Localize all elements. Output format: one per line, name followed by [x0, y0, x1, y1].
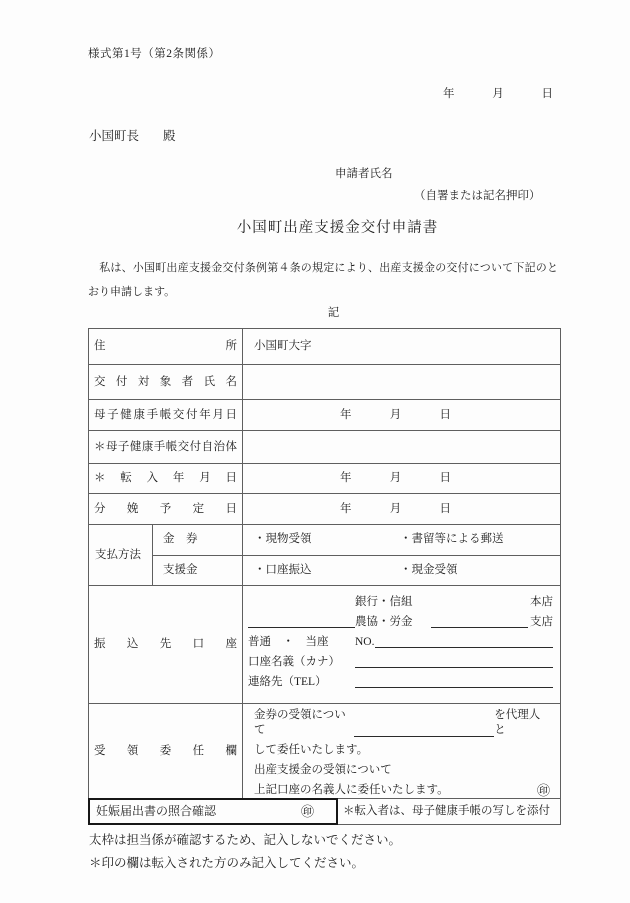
day-label: 日	[440, 471, 452, 486]
proxy-line1-post: を代理人と	[494, 708, 550, 738]
footnote-thick-frame: 太枠は担当係が確認するため、記入しないでください。	[89, 832, 401, 848]
branch-name-underline	[431, 624, 529, 628]
document-title: 小国町出産支援金交付申請書	[88, 219, 561, 238]
row-payment-method: 支払方法 金 券 ・現物受領 ・書留等による郵送 支援金 ・口座振込 ・現金受領	[89, 525, 560, 586]
addressee-line: 小国町長殿	[89, 128, 176, 144]
year-label: 年	[340, 408, 352, 423]
seal-icon: ㊞	[537, 783, 550, 798]
movein-date-value: 年 月 日	[243, 464, 560, 493]
month-label: 月	[390, 471, 402, 486]
row-handbook-date: 母子健康手帳交付年月日 年 月 日	[89, 400, 560, 431]
body-paragraph-line2: おり申請します。	[88, 285, 175, 299]
voucher-option-receive: ・現物受領	[254, 532, 400, 547]
head-office-label: 本店	[530, 595, 553, 609]
row-bank-account: 振込先口座 銀行・信組 本店 農協・労金 支店 普通 ・ 当座 NO.	[89, 586, 560, 704]
proxy-receipt-content: 金券の受領について を代理人と して委任いたします。 出産支援金の受領について …	[243, 704, 560, 798]
day-label: 日	[440, 502, 452, 517]
proxy-line3: 出産支援金の受領について	[254, 763, 392, 778]
handbook-municipality-label: ＊母子健康手帳交付自治体	[89, 440, 242, 455]
addressee-honorific: 殿	[163, 129, 176, 143]
year-label: 年	[443, 87, 455, 102]
month-label: 月	[492, 87, 504, 102]
proxy-name-underline	[354, 733, 494, 737]
payment-voucher-row: 金 券 ・現物受領 ・書留等による郵送	[153, 525, 560, 556]
body-paragraph-line1: 私は、小国町出産支援金交付条例第４条の規定により、出産支援金の交付について下記の…	[88, 261, 558, 275]
contact-tel-label: 連絡先（TEL）	[248, 675, 355, 689]
payment-grant-row: 支援金 ・口座振込 ・現金受領	[153, 556, 560, 586]
form-number: 様式第1号（第2条関係）	[88, 47, 221, 62]
application-form-page: 様式第1号（第2条関係） 年 月 日 小国町長殿 申請者氏名 （自署または記名押…	[0, 0, 630, 903]
row-proxy-receipt: 受領委任欄 金券の受領について を代理人と して委任いたします。 出産支援金の受…	[89, 704, 560, 799]
bank-account-label: 振込先口座	[89, 637, 242, 652]
proxy-line2: して委任いたします。	[254, 743, 368, 758]
grant-option-transfer: ・口座振込	[254, 563, 400, 578]
due-date-value: 年 月 日	[243, 494, 560, 524]
row-address: 住所 小国町大字	[89, 329, 560, 365]
contact-tel-underline	[355, 684, 553, 688]
pregnancy-check-box: 妊娠届出書の照合確認 ㊞	[88, 798, 338, 825]
account-number-underline	[375, 644, 554, 648]
bank-name-underline	[248, 624, 355, 628]
handbook-municipality-value	[243, 431, 560, 463]
payment-method-label: 支払方法	[89, 548, 152, 563]
address-value: 小国町大字	[243, 329, 560, 364]
branch-label: 支店	[530, 615, 553, 629]
handbook-date-label: 母子健康手帳交付年月日	[89, 408, 242, 423]
grant-option-cash: ・現金受領	[400, 563, 458, 578]
proxy-line1-pre: 金券の受領について	[254, 708, 354, 738]
due-date-label: 分娩予定日	[89, 502, 242, 517]
year-label: 年	[340, 471, 352, 486]
year-label: 年	[340, 502, 352, 517]
seal-icon: ㊞	[301, 805, 314, 819]
applicant-name-label: 申請者氏名	[335, 167, 393, 182]
proxy-line4: 上記口座の名義人に委任いたします。	[254, 783, 449, 798]
address-label: 住所	[89, 339, 242, 354]
account-holder-label: 口座名義（カナ）	[248, 655, 355, 669]
row-pregnancy-notification-check: 妊娠届出書の照合確認 ㊞ ＊転入者は、母子健康手帳の写しを添付	[89, 799, 560, 824]
row-due-date: 分娩予定日 年 月 日	[89, 494, 560, 525]
bank-type-row2: 農協・労金	[355, 615, 413, 629]
month-label: 月	[390, 502, 402, 517]
day-label: 日	[542, 87, 554, 102]
day-label: 日	[440, 408, 452, 423]
application-table: 住所 小国町大字 交付対象者氏名 母子健康手帳交付年月日 年 月 日 ＊母子健康…	[88, 328, 561, 825]
movein-attachment-note: ＊転入者は、母子健康手帳の写しを添付	[338, 799, 560, 824]
row-movein-date: ＊転入年月日 年 月 日	[89, 464, 560, 494]
account-holder-underline	[355, 664, 553, 668]
footnote-asterisk: ＊印の欄は転入された方のみ記入してください。	[89, 855, 364, 871]
voucher-label: 金 券	[153, 525, 243, 555]
row-recipient-name: 交付対象者氏名	[89, 365, 560, 400]
recipient-name-label: 交付対象者氏名	[89, 375, 242, 390]
row-handbook-municipality: ＊母子健康手帳交付自治体	[89, 431, 560, 464]
proxy-receipt-label: 受領委任欄	[89, 744, 242, 759]
bank-type-row1: 銀行・信組	[355, 595, 413, 609]
recipient-name-value	[243, 365, 560, 399]
addressee-name: 小国町長	[89, 129, 139, 143]
voucher-option-mail: ・書留等による郵送	[400, 532, 504, 547]
account-type-label: 普通 ・ 当座	[248, 635, 355, 649]
pregnancy-check-label: 妊娠届出書の照合確認	[96, 804, 216, 820]
date-line: 年 月 日	[443, 87, 553, 102]
grant-label: 支援金	[153, 556, 243, 586]
record-mark: 記	[88, 306, 561, 321]
month-label: 月	[390, 408, 402, 423]
bank-account-fields: 銀行・信組 本店 農協・労金 支店 普通 ・ 当座 NO. 口座名義（カナ）	[243, 586, 560, 703]
account-number-label: NO.	[355, 635, 375, 649]
handbook-date-value: 年 月 日	[243, 400, 560, 430]
applicant-signature-note: （自署または記名押印）	[414, 189, 541, 204]
movein-date-label: ＊転入年月日	[89, 471, 242, 486]
